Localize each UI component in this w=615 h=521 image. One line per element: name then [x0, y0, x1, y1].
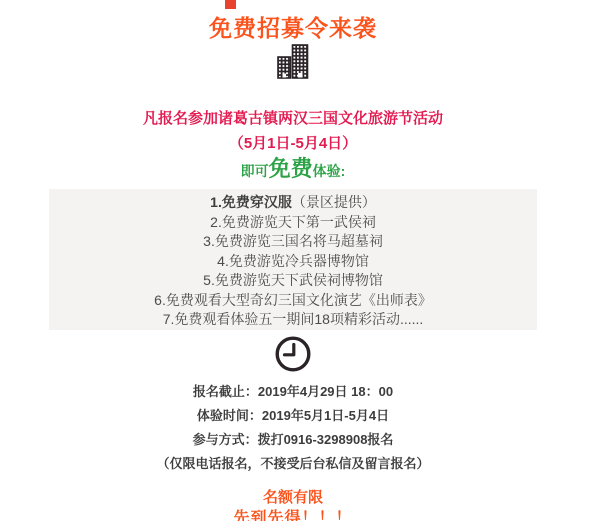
participation-line: 参与方式：拨打0916-3298908报名: [0, 433, 586, 447]
clock-icon: [0, 335, 586, 373]
benefit-prefix: 即可: [241, 163, 269, 179]
experience-time-line: 体验时间：2019年5月1日-5月4日: [0, 409, 586, 423]
benefit-item-7: 7.免费观看体验五一期间18项精彩活动......: [49, 310, 537, 330]
benefit-item-5-text: 5.免费游览天下武侯祠博物馆: [203, 272, 383, 288]
benefit-item-6-text: 6.免费观看大型奇幻三国文化演艺《出师表》: [154, 292, 432, 308]
content-column: 免费招募令来袭 凡报名参加诸葛古镇两汉三: [0, 0, 586, 521]
benefit-item-5: 5.免费游览天下武侯祠博物馆: [49, 271, 537, 291]
intro-line-1: 凡报名参加诸葛古镇两汉三国文化旅游节活动: [0, 110, 586, 127]
benefit-item-7-text: 7.免费观看体验五一期间18项精彩活动......: [163, 311, 424, 327]
promo-page: 免费招募令来袭 凡报名参加诸葛古镇两汉三: [0, 0, 615, 521]
benefit-item-1-bold: 1.免费穿汉服: [210, 194, 292, 210]
benefit-item-2: 2.免费游览天下第一武侯祠: [49, 213, 537, 233]
benefit-item-3: 3.免费游览三国名将马超墓祠: [49, 232, 537, 252]
top-red-fragment: [225, 0, 236, 9]
benefit-item-4-text: 4.免费游览冷兵器博物馆: [217, 253, 369, 269]
benefit-highlight: 免费: [269, 156, 313, 181]
benefit-item-6: 6.免费观看大型奇幻三国文化演艺《出师表》: [49, 291, 537, 311]
benefit-item-4: 4.免费游览冷兵器博物馆: [49, 252, 537, 272]
benefit-item-2-text: 2.免费游览天下第一武侯祠: [210, 214, 376, 230]
page-title: 免费招募令来袭: [0, 0, 586, 41]
note-line: （仅限电话报名，不接受后台私信及留言报名）: [0, 457, 586, 471]
benefits-box: 1.免费穿汉服（景区提供） 2.免费游览天下第一武侯祠 3.免费游览三国名将马超…: [49, 189, 537, 330]
benefit-item-1: 1.免费穿汉服（景区提供）: [49, 193, 537, 213]
benefit-suffix: 体验: [313, 163, 341, 179]
benefit-heading: 即可免费体验:: [0, 156, 586, 184]
building-icon: [0, 43, 586, 79]
footer-first-come-first-served: 先到先得！！！: [0, 510, 586, 521]
intro-line-2: （5月1日-5月4日）: [0, 135, 586, 152]
benefit-item-3-text: 3.免费游览三国名将马超墓祠: [203, 233, 383, 249]
deadline-line: 报名截止：2019年4月29日 18：00: [0, 385, 586, 399]
benefit-colon: :: [341, 163, 346, 179]
benefit-item-1-text: （景区提供）: [292, 194, 376, 210]
footer-limited-quota: 名额有限: [0, 490, 586, 506]
